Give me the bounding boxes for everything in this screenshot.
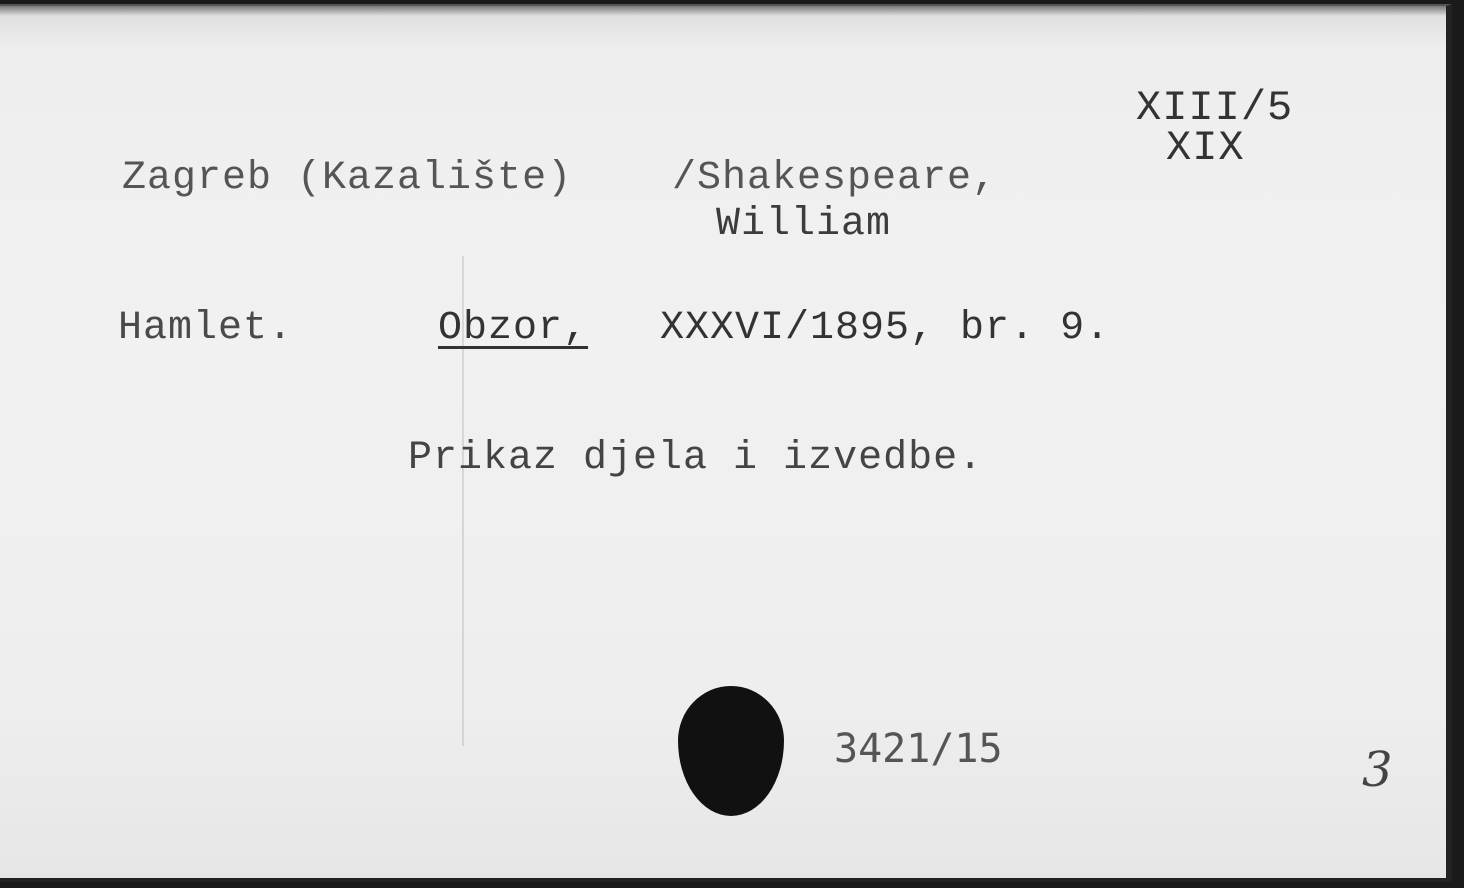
subject-heading: Zagreb (Kazalište) bbox=[122, 156, 572, 201]
author-given-name: William bbox=[716, 202, 891, 247]
author-surname: /Shakespeare, bbox=[672, 156, 997, 201]
classification-line-2: XIX bbox=[1166, 124, 1245, 172]
catalog-card: XIII/5 XIX Zagreb (Kazalište) /Shakespea… bbox=[0, 4, 1452, 882]
work-title: Hamlet. bbox=[118, 306, 293, 351]
content-note: Prikaz djela i izvedbe. bbox=[408, 436, 983, 481]
journal-name: Obzor, bbox=[438, 306, 588, 351]
handwritten-mark: 3 bbox=[1362, 742, 1394, 798]
journal-citation: XXXVI/1895, br. 9. bbox=[660, 306, 1110, 351]
accession-number: 3421/15 bbox=[834, 726, 1003, 772]
punch-hole-icon bbox=[678, 686, 784, 816]
